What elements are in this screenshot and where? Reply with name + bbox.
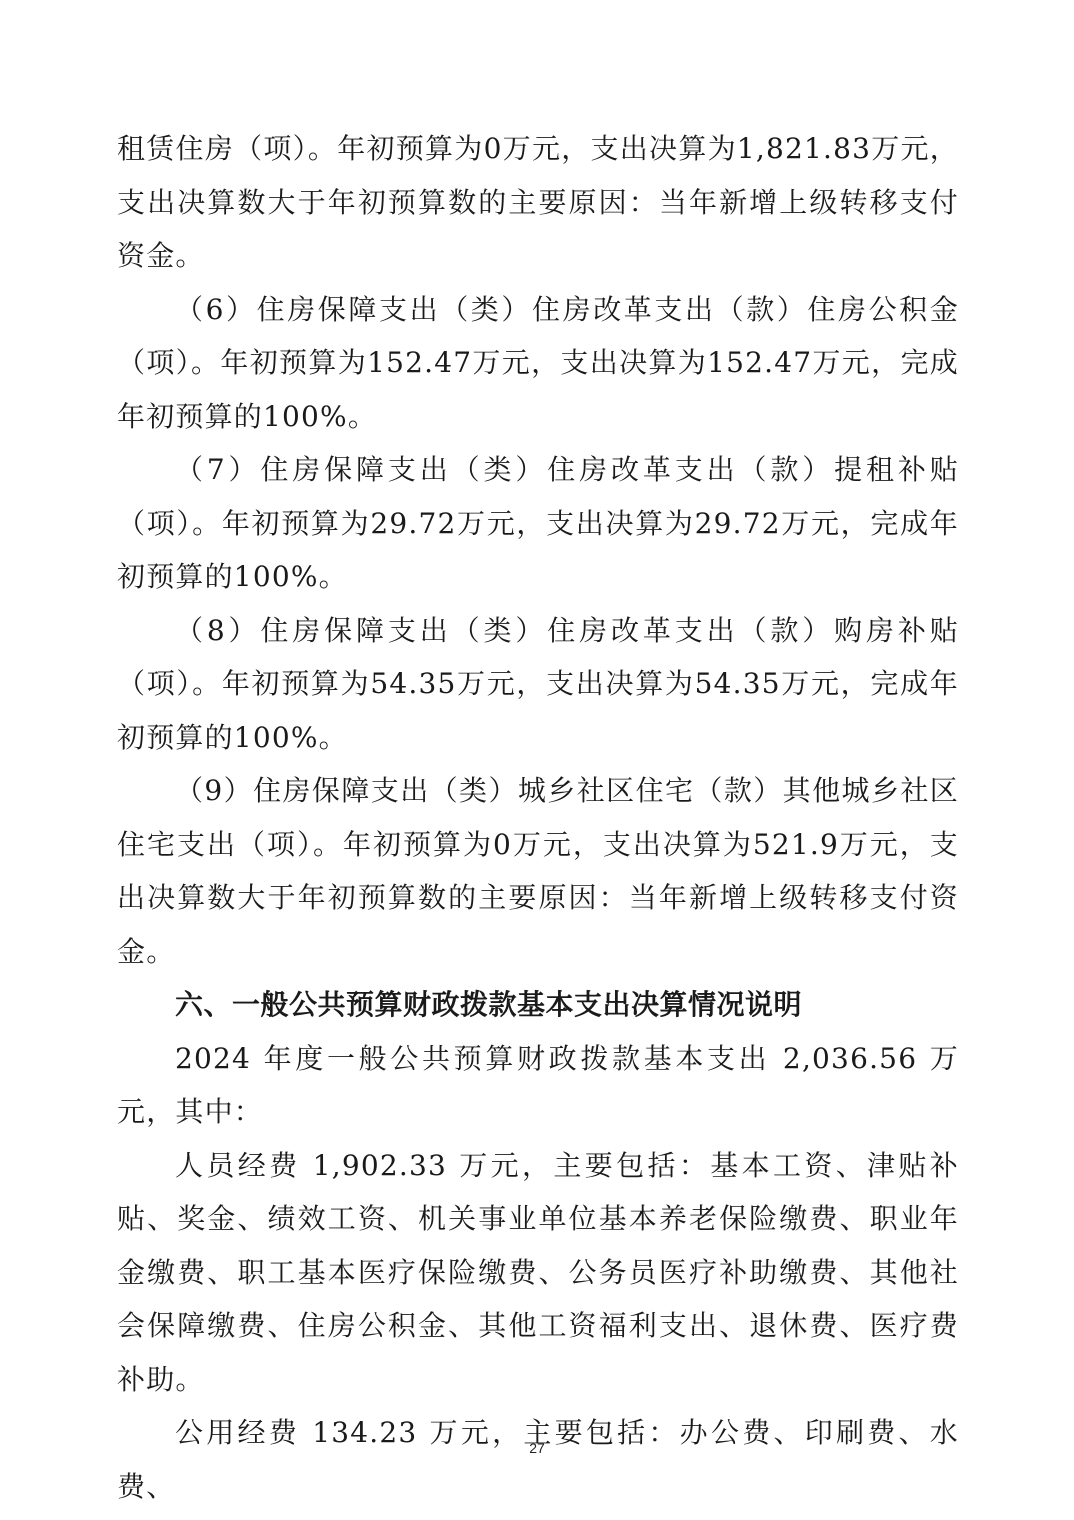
page-number: 27 [0, 1440, 1074, 1456]
paragraph-item-7: （7）住房保障支出（类）住房改革支出（款）提租补贴（项）。年初预算为29.72万… [117, 443, 959, 604]
paragraph-personnel-expenses: 人员经费 1,902.33 万元，主要包括：基本工资、津贴补贴、奖金、绩效工资、… [117, 1139, 959, 1407]
paragraph-continued: 租赁住房（项）。年初预算为0万元，支出决算为1,821.83万元，支出决算数大于… [117, 122, 959, 283]
paragraph-public-expenses: 公用经费 134.23 万元，主要包括：办公费、印刷费、水费、 [117, 1406, 959, 1513]
section-heading: 六、一般公共预算财政拨款基本支出决算情况说明 [117, 978, 959, 1032]
paragraph-summary: 2024 年度一般公共预算财政拨款基本支出 2,036.56 万元，其中： [117, 1032, 959, 1139]
paragraph-item-6: （6）住房保障支出（类）住房改革支出（款）住房公积金（项）。年初预算为152.4… [117, 283, 959, 444]
document-page: 租赁住房（项）。年初预算为0万元，支出决算为1,821.83万元，支出决算数大于… [117, 122, 959, 1513]
paragraph-item-9: （9）住房保障支出（类）城乡社区住宅（款）其他城乡社区住宅支出（项）。年初预算为… [117, 764, 959, 978]
paragraph-item-8: （8）住房保障支出（类）住房改革支出（款）购房补贴（项）。年初预算为54.35万… [117, 604, 959, 765]
